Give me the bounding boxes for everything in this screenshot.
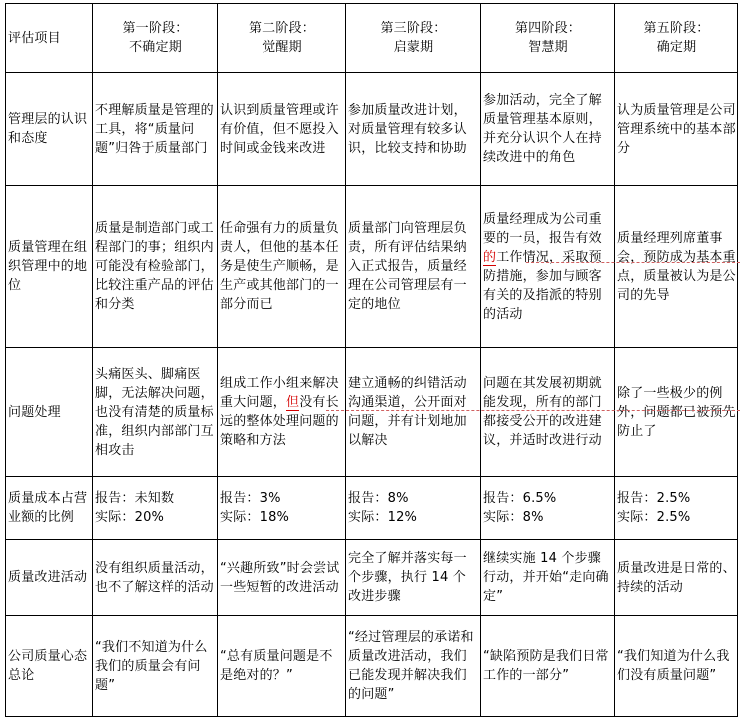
revision-marked-text[interactable]: 的 bbox=[483, 250, 496, 266]
table-cell: 认为质量管理是公司管理系统中的基本部分 bbox=[615, 73, 738, 186]
row-label: 管理层的认识和态度 bbox=[6, 73, 93, 186]
table-cell: 除了一些极少的例外，问题都已被预先防止了 bbox=[615, 348, 738, 477]
revision-connector-line bbox=[326, 410, 740, 411]
table-cell: 组成工作小组来解决重大问题，但没有长远的整体处理问题的策略和方法 bbox=[218, 348, 346, 477]
table-cell: “兴趣所致”时会尝试一些短暂的改进活动 bbox=[218, 540, 346, 616]
table-cell: 报告：2.5%实际：2.5% bbox=[615, 477, 738, 540]
revision-connector-line bbox=[526, 262, 740, 263]
row-label: 质量成本占营业额的比例 bbox=[6, 477, 93, 540]
table-row-cost-of-quality: 质量成本占营业额的比例 报告：未知数实际：20% 报告：3%实际：18% 报告：… bbox=[6, 477, 738, 540]
row-label: 公司质量心态总论 bbox=[6, 616, 93, 717]
quality-maturity-grid-table: 评估项目 第一阶段：不确定期 第二阶段：觉醒期 第三阶段：启蒙期 第四阶段：智慧… bbox=[5, 3, 738, 717]
table-cell: 问题在其发展初期就能发现，所有的部门都接受公开的改进建议，并适时改进行动 bbox=[481, 348, 615, 477]
table-cell: 报告：8%实际：12% bbox=[346, 477, 481, 540]
table-cell: 质量部门向管理层负责，所有评估结果纳入正式报告，质量经理在公司管理层有一定的地位 bbox=[346, 186, 481, 348]
header-stage-1: 第一阶段：不确定期 bbox=[93, 4, 218, 73]
table-row-improvement-actions: 质量改进活动 没有组织质量活动，也不了解这样的活动 “兴趣所致”时会尝试一些短暂… bbox=[6, 540, 738, 616]
table-cell: 报告：3%实际：18% bbox=[218, 477, 346, 540]
table-cell: 任命强有力的质量负责人，但他的基本任务是使生产顺畅，是生产或其他部门的一部分而已 bbox=[218, 186, 346, 348]
table-cell: 参加活动，完全了解质量管理基本原则，并充分认识个人在持续改进中的角色 bbox=[481, 73, 615, 186]
table-cell: “经过管理层的承诺和质量改进活动，我们已能发现并解决我们的问题” bbox=[346, 616, 481, 717]
table-cell: 没有组织质量活动，也不了解这样的活动 bbox=[93, 540, 218, 616]
row-label: 质量改进活动 bbox=[6, 540, 93, 616]
header-stage-2: 第二阶段：觉醒期 bbox=[218, 4, 346, 73]
table-row-quality-status: 质量管理在组织管理中的地位 质量是制造部门或工程部门的事；组织内可能没有检验部门… bbox=[6, 186, 738, 348]
table-cell: 认识到质量管理或许有价值，但不愿投入时间或金钱来改进 bbox=[218, 73, 346, 186]
table-cell: 参加质量改进计划，对质量管理有较多认识，比较支持和协助 bbox=[346, 73, 481, 186]
table-row-management-attitude: 管理层的认识和态度 不理解质量是管理的工具，将“质量问题”归咎于质量部门 认识到… bbox=[6, 73, 738, 186]
table-cell: “我们不知道为什么我们的质量会有问题” bbox=[93, 616, 218, 717]
header-stage-3: 第三阶段：启蒙期 bbox=[346, 4, 481, 73]
header-row: 评估项目 第一阶段：不确定期 第二阶段：觉醒期 第三阶段：启蒙期 第四阶段：智慧… bbox=[6, 4, 738, 73]
table-cell: 质量经理成为公司重要的一员，报告有效的工作情况，采取预防措施，参加与顾客有关的及… bbox=[481, 186, 615, 348]
table-cell: “总有质量问题是不是绝对的？” bbox=[218, 616, 346, 717]
table-cell: “我们知道为什么我们没有质量问题” bbox=[615, 616, 738, 717]
table-cell: 报告：未知数实际：20% bbox=[93, 477, 218, 540]
table-cell: 质量改进是日常的、持续的活动 bbox=[615, 540, 738, 616]
row-label: 质量管理在组织管理中的地位 bbox=[6, 186, 93, 348]
table-cell: 头痛医头、脚痛医脚，无法解决问题，也没有清楚的质量标准，组织内部部门互相攻击 bbox=[93, 348, 218, 477]
table-cell: 质量经理列席董事会，预防成为基本重点，质量被认为是公司的先导 bbox=[615, 186, 738, 348]
table-cell: 质量是制造部门或工程部门的事；组织内可能没有检验部门，比较注重产品的评估和分类 bbox=[93, 186, 218, 348]
revision-marked-text[interactable]: 但 bbox=[286, 395, 299, 411]
table-cell: 报告：6.5%实际：8% bbox=[481, 477, 615, 540]
header-evaluation-item: 评估项目 bbox=[6, 4, 93, 73]
table-cell: 建立通畅的纠错活动沟通渠道，公开面对问题，并有计划地加以解决 bbox=[346, 348, 481, 477]
table-row-quality-posture-summary: 公司质量心态总论 “我们不知道为什么我们的质量会有问题” “总有质量问题是不是绝… bbox=[6, 616, 738, 717]
row-label: 问题处理 bbox=[6, 348, 93, 477]
table-cell: 继续实施 14 个步骤行动，并开始“走向确定” bbox=[481, 540, 615, 616]
table-cell: 不理解质量是管理的工具，将“质量问题”归咎于质量部门 bbox=[93, 73, 218, 186]
table-row-problem-handling: 问题处理 头痛医头、脚痛医脚，无法解决问题，也没有清楚的质量标准，组织内部部门互… bbox=[6, 348, 738, 477]
header-stage-4: 第四阶段：智慧期 bbox=[481, 4, 615, 73]
header-stage-5: 第五阶段：确定期 bbox=[615, 4, 738, 73]
table-cell: “缺陷预防是我们日常工作的一部分” bbox=[481, 616, 615, 717]
table-cell: 完全了解并落实每一个步骤，执行 14 个改进步骤 bbox=[346, 540, 481, 616]
